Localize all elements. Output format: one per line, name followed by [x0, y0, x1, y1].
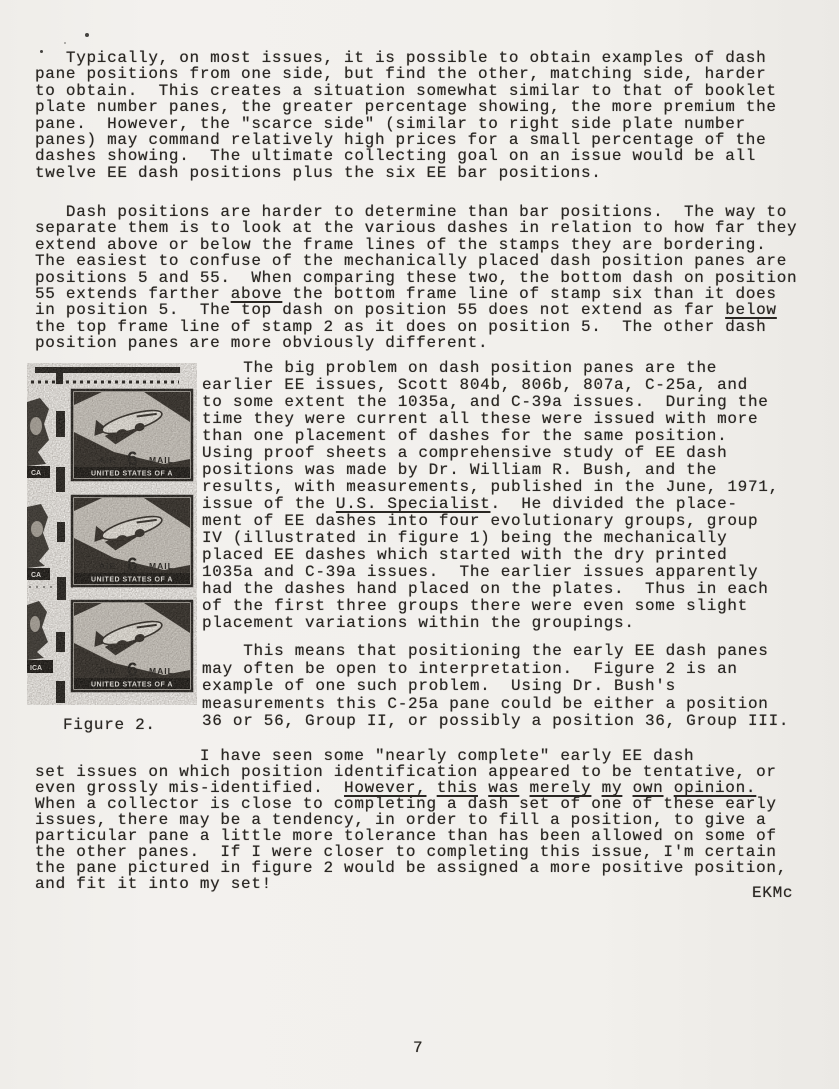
text-line: pane positions from one side, but find t…: [35, 66, 777, 82]
text-line: the top frame line of stamp 2 as it does…: [35, 319, 797, 335]
paper-speck: [85, 33, 89, 37]
text-line: of the first three groups there were eve…: [202, 598, 779, 615]
text-line: ment of EE dashes into four evolutionary…: [202, 513, 779, 530]
text-line: IV (illustrated in figure 1) being the m…: [202, 530, 779, 547]
text-line: positions 5 and 55. When comparing these…: [35, 270, 797, 286]
figure-2-stamp-strip: CA CA ICA: [27, 363, 197, 705]
text-line: may often be open to interpretation. Fig…: [202, 661, 789, 679]
text-segment: 55 extends farther: [35, 285, 231, 303]
author-initials: EKMc: [752, 884, 793, 902]
text-line: This means that positioning the early EE…: [202, 643, 789, 661]
text-line: set issues on which position identificat…: [35, 764, 787, 780]
text-line: extend above or below the frame lines of…: [35, 237, 797, 253]
text-line: panes) may command relatively high price…: [35, 132, 777, 148]
text-line: measurements this C-25a pane could be ei…: [202, 696, 789, 714]
text-line: dashes showing. The ultimate collecting …: [35, 148, 777, 164]
text-line: placed EE dashes which started with the …: [202, 547, 779, 564]
text-segment: the bottom frame line of stamp six than …: [282, 285, 776, 303]
text-line: 36 or 56, Group II, or possibly a positi…: [202, 713, 789, 731]
text-line: position panes are more obviously differ…: [35, 335, 797, 351]
text-segment: issue of the: [202, 495, 336, 513]
underlined-text: U.S. Specialist: [336, 495, 491, 513]
text-line: particular pane a little more tolerance …: [35, 828, 787, 844]
text-line: to some extent the 1035a, and C-39a issu…: [202, 394, 779, 411]
underlined-text: below: [725, 301, 777, 319]
text-line: placement variations within the grouping…: [202, 615, 779, 632]
stamp-strip-image: CA CA ICA: [27, 363, 197, 705]
paragraph-closing: I have seen some "nearly complete" early…: [35, 748, 787, 892]
text-line: 1035a and C-39a issues. The earlier issu…: [202, 564, 779, 581]
text-line: Using proof sheets a comprehensive study…: [202, 445, 779, 462]
text-line: plate number panes, the greater percenta…: [35, 99, 777, 115]
paragraph-interpretation: This means that positioning the early EE…: [202, 643, 789, 731]
text-line: had the dashes hand placed on the plates…: [202, 581, 779, 598]
text-line: time they were current all these were is…: [202, 411, 779, 428]
paragraph-big-problem: The big problem on dash position panes a…: [202, 360, 779, 632]
text-line: separate them is to look at the various …: [35, 220, 797, 236]
text-line: positions was made by Dr. William R. Bus…: [202, 462, 779, 479]
text-line: even grossly mis-identified. However, th…: [35, 780, 787, 796]
text-line: issue of the U.S. Specialist. He divided…: [202, 496, 779, 513]
text-line: When a collector is close to completing …: [35, 796, 787, 812]
text-line: than one placement of dashes for the sam…: [202, 428, 779, 445]
page-number: 7: [413, 1039, 423, 1057]
text-line: to obtain. This creates a situation some…: [35, 83, 777, 99]
text-line: results, with measurements, published in…: [202, 479, 779, 496]
text-line: example of one such problem. Using Dr. B…: [202, 678, 789, 696]
photocopy-grain: [27, 363, 197, 705]
underlined-text: above: [231, 285, 283, 303]
figure-caption: Figure 2.: [63, 716, 156, 734]
scanned-page: Typically, on most issues, it is possibl…: [0, 0, 839, 1089]
text-line: and fit it into my set!: [35, 876, 787, 892]
text-line: I have seen some "nearly complete" early…: [35, 748, 787, 764]
text-segment: . He divided the place-: [490, 495, 737, 513]
text-line: pane. However, the "scarce side" (simila…: [35, 116, 777, 132]
text-line: The easiest to confuse of the mechanical…: [35, 253, 797, 269]
text-segment: in position 5. The top dash on position …: [35, 301, 725, 319]
text-line: the other panes. If I were closer to com…: [35, 844, 787, 860]
text-line: earlier EE issues, Scott 804b, 806b, 807…: [202, 377, 779, 394]
text-line: in position 5. The top dash on position …: [35, 302, 797, 318]
paper-speck: [64, 42, 66, 44]
text-line: Typically, on most issues, it is possibl…: [35, 50, 777, 66]
paragraph-intro: Typically, on most issues, it is possibl…: [35, 50, 777, 181]
text-line: issues, there may be a tendency, in orde…: [35, 812, 787, 828]
text-line: 55 extends farther above the bottom fram…: [35, 286, 797, 302]
paragraph-dash-positions: Dash positions are harder to determine t…: [35, 204, 797, 352]
text-line: The big problem on dash position panes a…: [202, 360, 779, 377]
text-line: twelve EE dash positions plus the six EE…: [35, 165, 777, 181]
text-line: Dash positions are harder to determine t…: [35, 204, 797, 220]
text-line: the pane pictured in figure 2 would be a…: [35, 860, 787, 876]
